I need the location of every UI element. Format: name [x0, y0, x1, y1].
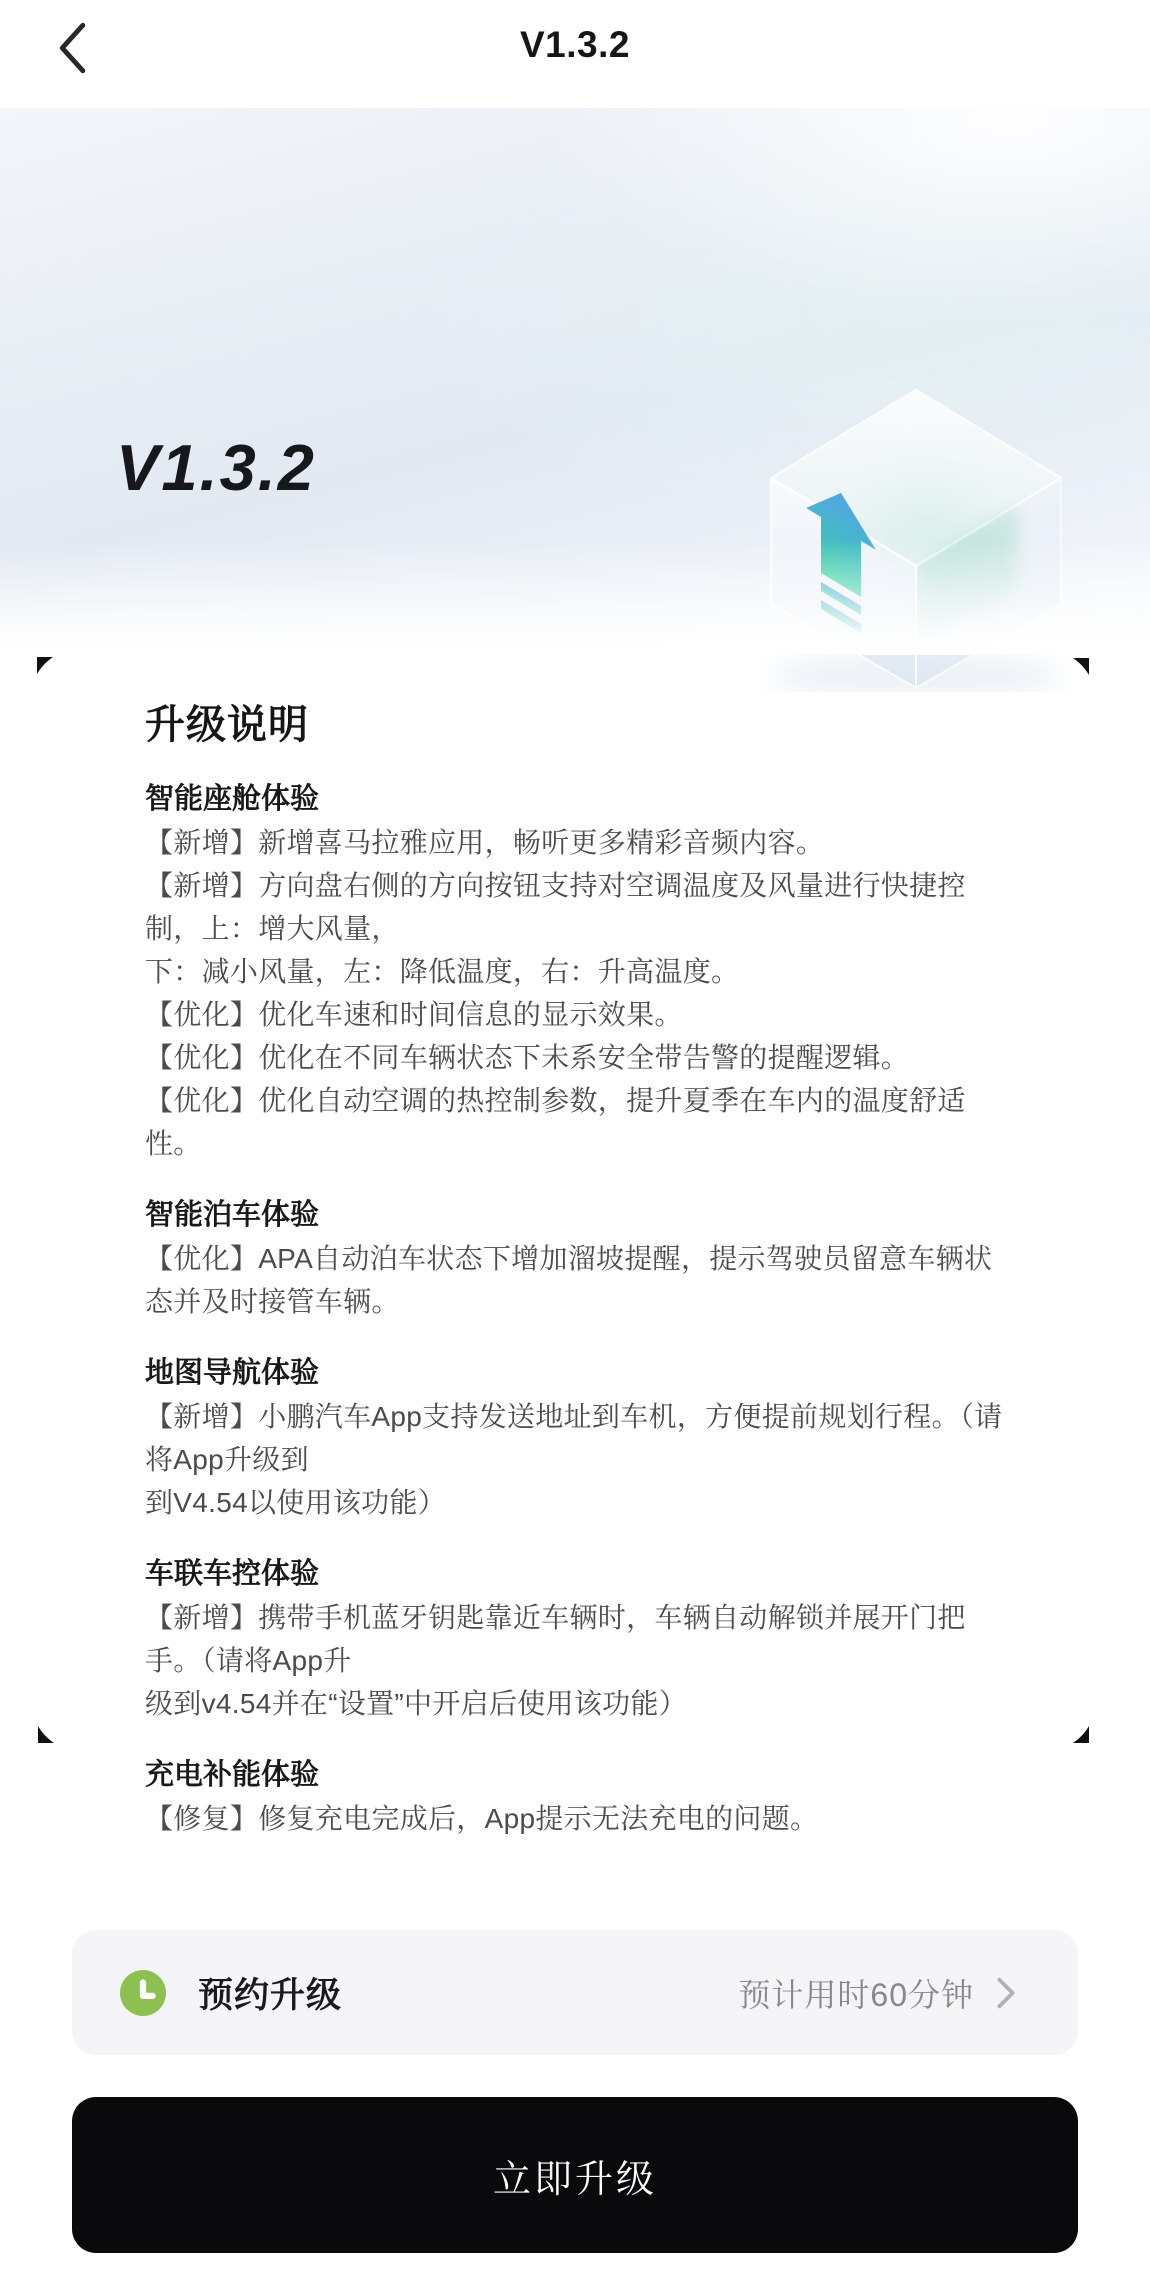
- upgrade-now-button[interactable]: 立即升级: [72, 2097, 1078, 2253]
- section-heading: 智能泊车体验: [145, 1194, 1020, 1237]
- section-heading: 地图导航体验: [145, 1352, 1020, 1395]
- frame-corner-bottom-right: [1073, 1726, 1089, 1743]
- nav-title: V1.3.2: [0, 24, 1150, 66]
- release-note-item: 【优化】优化在不同车辆状态下未系安全带告警的提醒逻辑。: [145, 1036, 1020, 1079]
- release-note-item: 【优化】优化车速和时间信息的显示效果。: [145, 993, 1020, 1036]
- release-notes-title: 升级说明: [145, 701, 1020, 749]
- release-note-item: 【新增】方向盘右侧的方向按钮支持对空调温度及风量进行快捷控制，上：增大风量， 下…: [145, 864, 1020, 993]
- section-heading: 车联车控体验: [145, 1553, 1020, 1596]
- schedule-upgrade-label: 预约升级: [198, 1968, 342, 2018]
- hero-version-text: V1.3.2: [116, 430, 316, 505]
- section-heading: 智能座舱体验: [145, 778, 1020, 821]
- release-note-item: 【优化】APA自动泊车状态下增加溜坡提醒，提示驾驶员留意车辆状态并及时接管车辆。: [145, 1237, 1020, 1323]
- section-heading: 充电补能体验: [145, 1754, 1020, 1797]
- upgrade-cube-illustration: [758, 376, 1074, 692]
- chevron-right-icon: [996, 1975, 1016, 2011]
- release-notes-body: 智能座舱体验【新增】新增喜马拉雅应用，畅听更多精彩音频内容。【新增】方向盘右侧的…: [145, 778, 1020, 1840]
- release-note-item: 【优化】优化自动空调的热控制参数，提升夏季在车内的温度舒适性。: [145, 1079, 1020, 1165]
- schedule-upgrade-row[interactable]: 预约升级 预计用时60分钟: [72, 1930, 1078, 2055]
- release-note-item: 【新增】新增喜马拉雅应用，畅听更多精彩音频内容。: [145, 821, 1020, 864]
- hero-banner: V1.3.2: [0, 108, 1150, 653]
- frame-corner-top-left: [37, 657, 53, 674]
- clock-icon: [120, 1970, 166, 2016]
- frame-corner-bottom-left: [38, 1726, 54, 1743]
- release-note-item: 【新增】携带手机蓝牙钥匙靠近车辆时，车辆自动解锁并展开门把手。（请将App升 级…: [145, 1596, 1020, 1725]
- release-note-item: 【新增】小鹏汽车App支持发送地址到车机，方便提前规划行程。（请将App升级到 …: [145, 1395, 1020, 1524]
- frame-corner-top-right: [1073, 658, 1089, 675]
- estimated-duration-text: 预计用时60分钟: [738, 1970, 974, 2016]
- release-note-item: 【修复】修复充电完成后，App提示无法充电的问题。: [145, 1797, 1020, 1840]
- release-notes: 升级说明 智能座舱体验【新增】新增喜马拉雅应用，畅听更多精彩音频内容。【新增】方…: [145, 701, 1020, 1840]
- top-nav-bar: V1.3.2: [0, 0, 1150, 108]
